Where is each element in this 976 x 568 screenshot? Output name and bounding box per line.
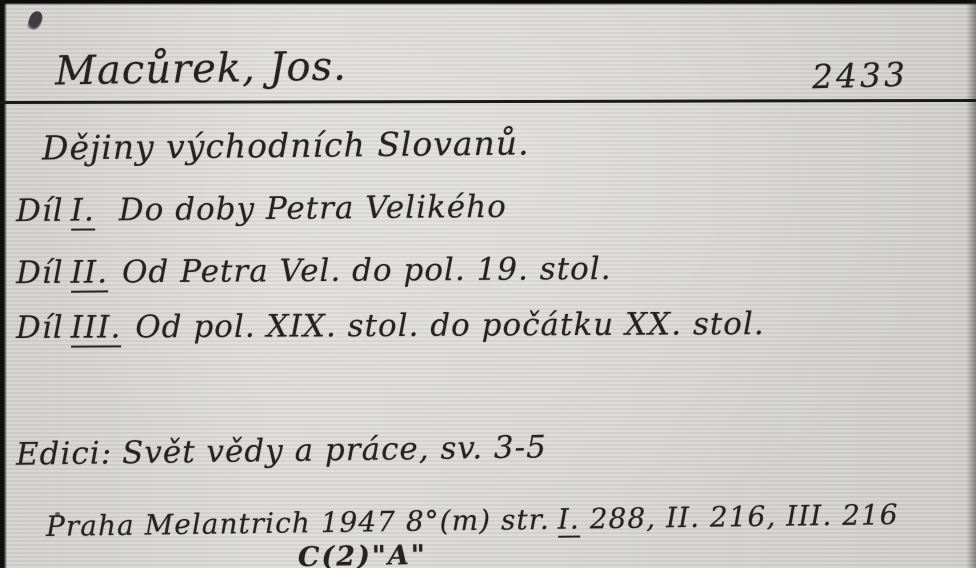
volume-label: Díl: [16, 193, 64, 229]
author-heading: Macůrek, Jos.: [55, 43, 348, 94]
volume-numeral: III.: [71, 309, 122, 347]
catalog-card-scan: Macůrek, Jos. 2433 Dějiny východních Slo…: [0, 0, 976, 568]
work-title: Dějiny východních Slovanů.: [42, 123, 530, 167]
volume-numeral: II.: [71, 254, 109, 292]
imprint-line: Praha Melantrich 1947 8°(m) str.I.288, I…: [46, 498, 899, 543]
card-number: 2433: [812, 55, 909, 96]
volume-line-2: DílII.Od Petra Vel. do pol. 19. stol.: [16, 251, 612, 291]
scan-edge-top: [0, 0, 976, 5]
volume-numeral: I.: [71, 192, 95, 230]
shelf-annotation: C(2)"A": [298, 540, 427, 568]
header-rule: [0, 99, 976, 104]
edition-line: Edici:Svět vědy a práce, sv. 3-5: [16, 429, 547, 472]
volume-line-3: DílIII.Od pol. XIX. stol. do počátku XX.…: [16, 306, 765, 346]
ink-blot: [26, 9, 44, 31]
volume-description: Od pol. XIX. stol. do počátku XX. stol.: [135, 306, 765, 345]
volume-label: Díl: [16, 255, 64, 291]
imprint-pages: 288, II. 216, III. 216: [590, 498, 899, 535]
volume-description: Od Petra Vel. do pol. 19. stol.: [122, 251, 612, 290]
imprint-volume-numeral: I.: [558, 503, 580, 538]
scan-edge-left: [0, 0, 7, 568]
volume-label: Díl: [16, 310, 64, 346]
volume-description: Do doby Petra Velikého: [119, 189, 507, 228]
scan-edge-right-shadow: [966, 0, 976, 568]
volume-line-1: DílI.Do doby Petra Velikého: [16, 189, 507, 229]
imprint-prefix: Praha Melantrich 1947 8°(m) str.: [46, 503, 550, 543]
edition-label: Edici:: [16, 435, 113, 472]
edition-value: Svět vědy a práce, sv. 3-5: [122, 429, 547, 471]
